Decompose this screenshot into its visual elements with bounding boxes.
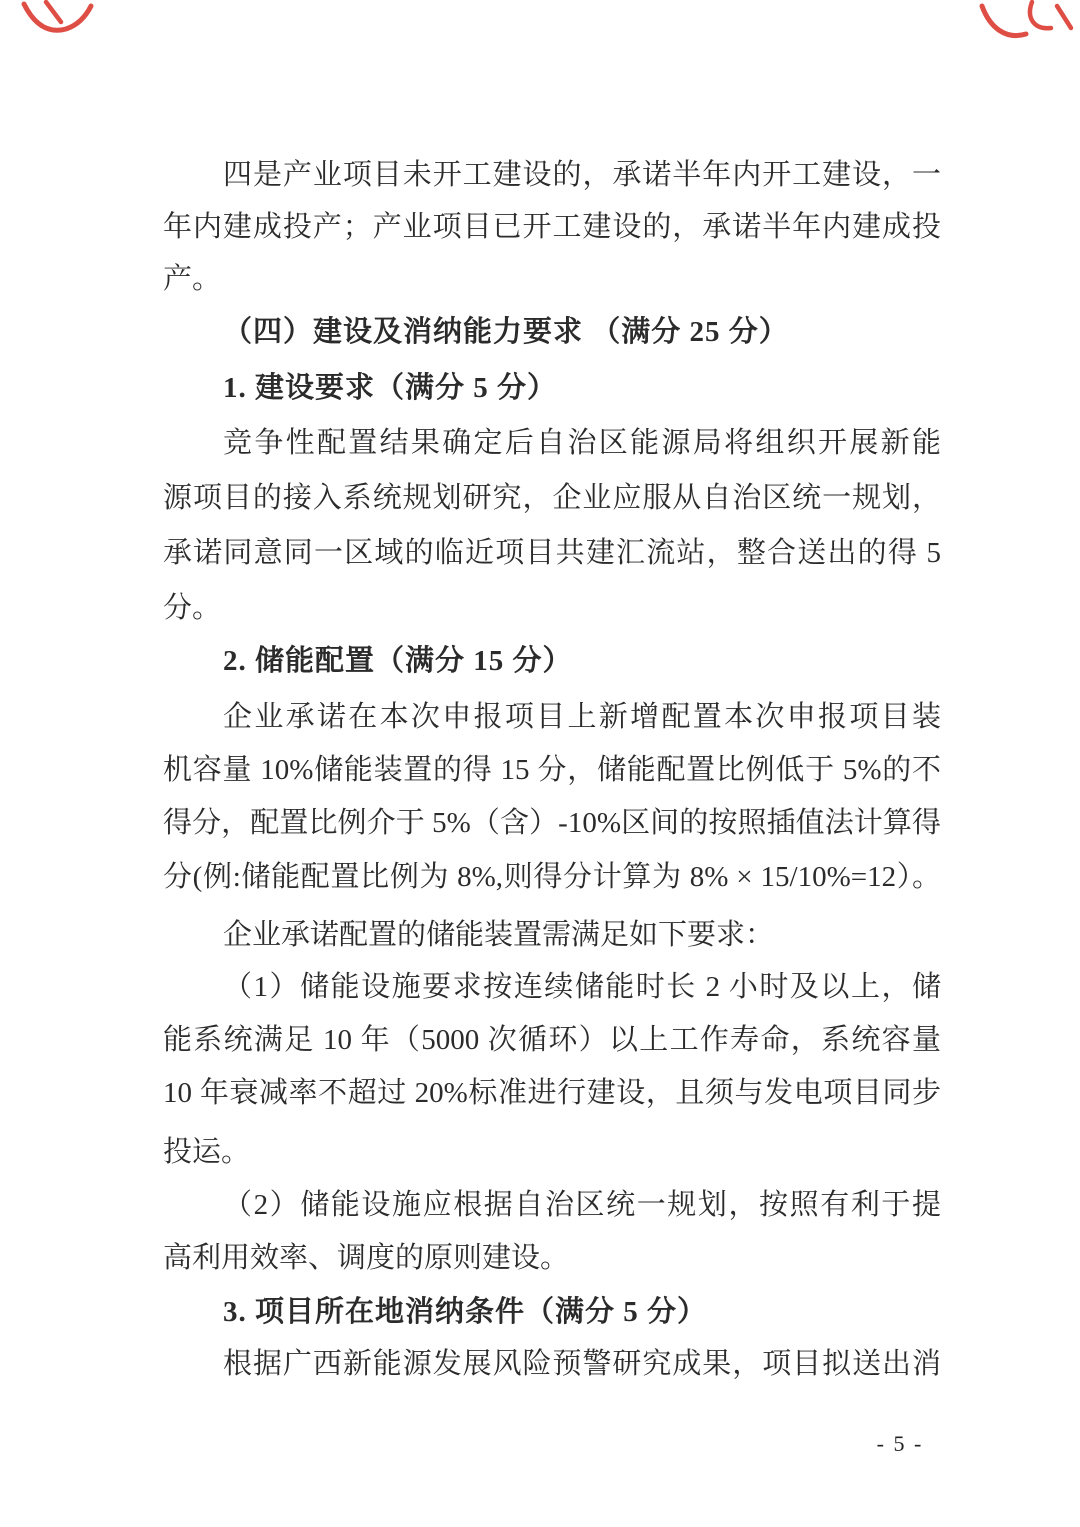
heading-section-4: （四）建设及消纳能力要求 （满分 25 分） <box>163 312 941 354</box>
text-line: 源项目的接入系统规划研究，企业应服从自治区统一规划， <box>163 478 941 520</box>
text-line: 年内建成投产；产业项目已开工建设的，承诺半年内建成投 <box>163 207 941 249</box>
text-line: 分(例:储能配置比例为 8%,则得分计算为 8% × 15/10%=12）。 <box>163 857 941 899</box>
text-line: 高利用效率、调度的原则建设。 <box>163 1238 941 1280</box>
text-line: 产。 <box>163 259 941 301</box>
text-line: 投运。 <box>163 1132 941 1174</box>
text-line: 四是产业项目未开工建设的，承诺半年内开工建设，一 <box>163 155 941 197</box>
red-pen-mark-top-left-icon <box>16 0 116 48</box>
text-line: 竞争性配置结果确定后自治区能源局将组织开展新能 <box>163 423 941 465</box>
text-line: 根据广西新能源发展风险预警研究成果，项目拟送出消 <box>163 1344 941 1386</box>
heading-item-1: 1. 建设要求（满分 5 分） <box>163 368 941 410</box>
text-line: 机容量 10%储能装置的得 15 分，储能配置比例低于 5%的不 <box>163 750 941 792</box>
text-line: 企业承诺配置的储能装置需满足如下要求： <box>163 915 941 957</box>
text-line: 分。 <box>163 588 941 630</box>
heading-item-2: 2. 储能配置（满分 15 分） <box>163 641 941 683</box>
heading-item-3: 3. 项目所在地消纳条件（满分 5 分） <box>163 1292 941 1334</box>
text-line: 承诺同意同一区域的临近项目共建汇流站，整合送出的得 5 <box>163 533 941 575</box>
text-line: （1）储能设施要求按连续储能时长 2 小时及以上，储 <box>163 967 941 1009</box>
red-pen-mark-top-right-icon <box>972 0 1078 54</box>
text-line: 能系统满足 10 年（5000 次循环）以上工作寿命，系统容量 <box>163 1020 941 1062</box>
document-page: 四是产业项目未开工建设的，承诺半年内开工建设，一 年内建成投产；产业项目已开工建… <box>0 0 1080 1527</box>
text-line: 10 年衰减率不超过 20%标准进行建设，且须与发电项目同步 <box>163 1073 941 1115</box>
text-line: 得分，配置比例介于 5%（含）-10%区间的按照插值法计算得 <box>163 803 941 845</box>
text-line: 企业承诺在本次申报项目上新增配置本次申报项目装 <box>163 697 941 739</box>
text-line: （2）储能设施应根据自治区统一规划，按照有利于提 <box>163 1185 941 1227</box>
page-number: - 5 - <box>852 1431 948 1457</box>
